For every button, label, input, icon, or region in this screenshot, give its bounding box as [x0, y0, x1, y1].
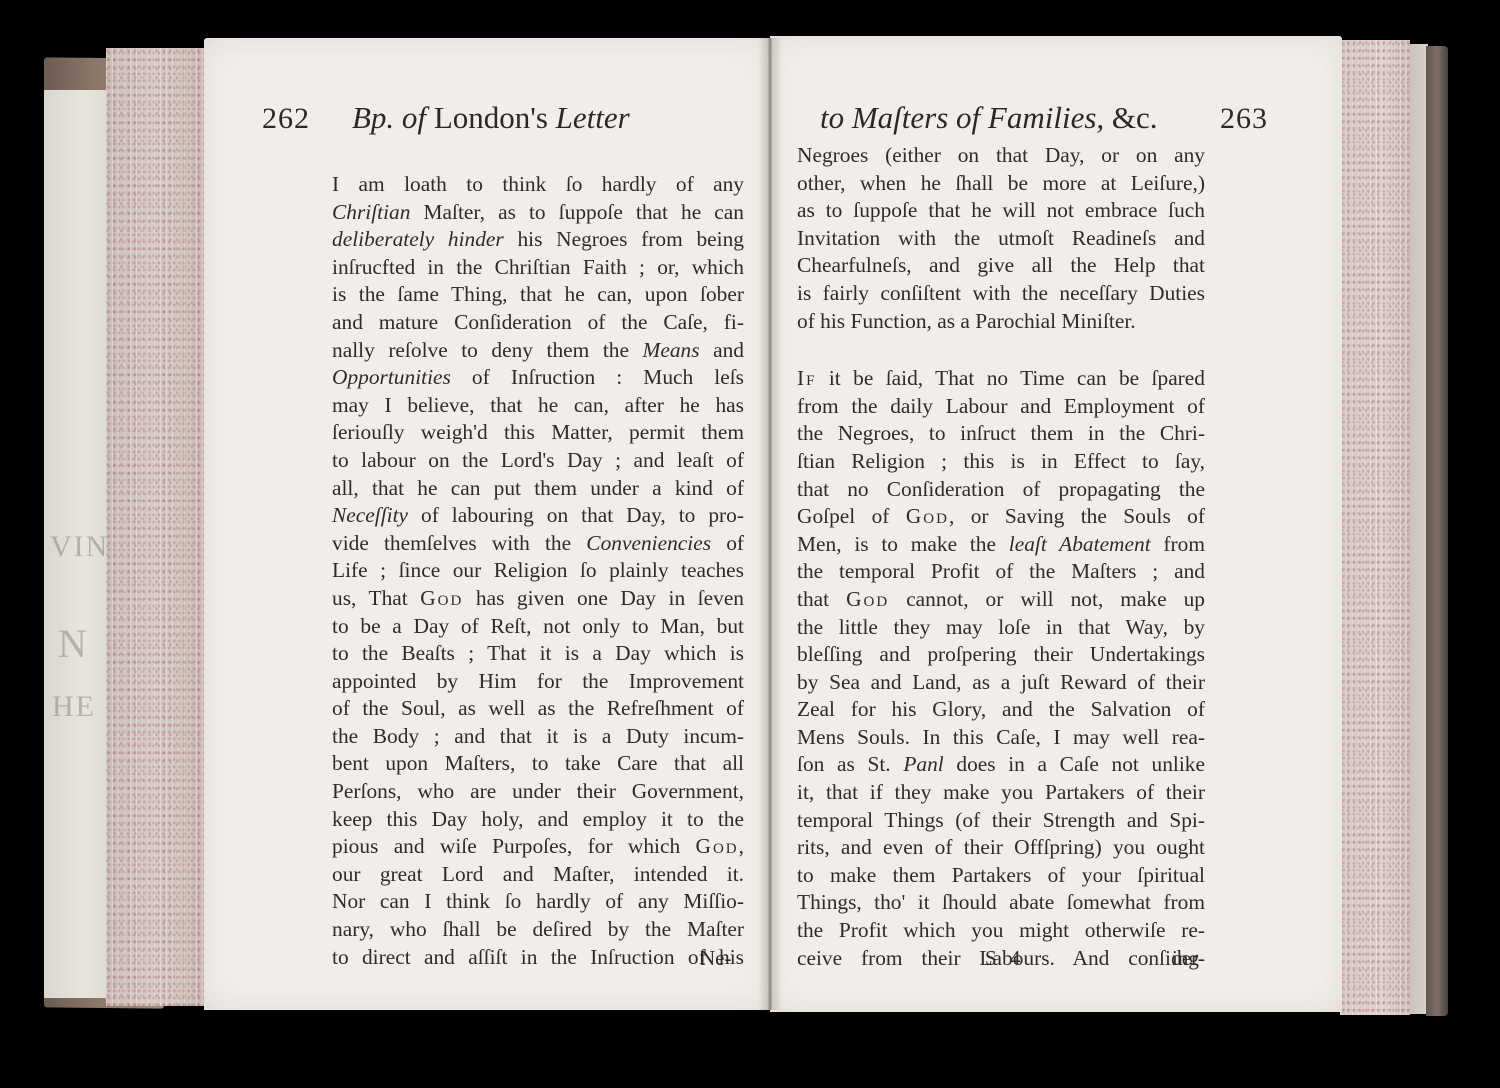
ghost-text: VIN [50, 530, 109, 564]
text-line: Zeal for his Glory, and the Salvation of [797, 696, 1205, 724]
text-line: Men, is to make the leaſt Abatement from [797, 531, 1205, 559]
left-page-block-edge [106, 48, 206, 1006]
text-line: bent upon Maſters, to take Care that all [332, 750, 744, 778]
text-segment: it be ſaid, That no Time can be ſpared [816, 366, 1205, 390]
text-line: keep this Day holy, and employ it to the [332, 806, 744, 834]
text-segment: ſon as St. [797, 752, 903, 776]
small-caps-text: If [797, 366, 816, 390]
text-segment: pious and wiſe Purpoſes, for which [332, 834, 696, 858]
running-head-part: to Maſters of Families, [820, 100, 1112, 135]
text-segment: nally reſolve to deny them the [332, 338, 643, 362]
text-segment: us, That [332, 586, 420, 610]
catchword-left: Ne- [700, 946, 731, 971]
running-head-left: Bp. of London's Letter [352, 100, 630, 136]
text-line: nary, who ſhall be deſired by the Maſter [332, 916, 744, 944]
text-line: Opportunities of Inſruction : Much leſs [332, 364, 744, 392]
ghost-text: HE [52, 690, 96, 724]
text-line: rits, and even of their Offſpring) you o… [797, 834, 1205, 862]
text-line: to be a Day of Reſt, not only to Man, bu… [332, 613, 744, 641]
italic-text: Neceſſity [332, 503, 408, 527]
right-page-block-edge [1340, 40, 1410, 1015]
text-segment: has given one Day in ſeven [463, 586, 744, 610]
text-segment: of [711, 531, 744, 555]
small-caps-text: God [420, 586, 463, 610]
text-segment: of labouring on that Day, to pro- [408, 503, 744, 527]
paragraph-gap [797, 335, 1205, 365]
text-line: it, that if they make you Partakers of t… [797, 779, 1205, 807]
text-line: from the daily Labour and Employment of [797, 393, 1205, 421]
italic-text: deliberately hinder [332, 227, 504, 251]
text-line: If it be ſaid, That no Time can be ſpare… [797, 365, 1205, 393]
page-number-left: 262 [262, 102, 310, 136]
text-line: other, when he ſhall be more at Leiſure,… [797, 170, 1205, 198]
text-line: temporal Things (of their Strength and S… [797, 807, 1205, 835]
text-segment: his Negroes from being [504, 227, 744, 251]
running-head-part: &c. [1112, 100, 1158, 135]
text-segment: and [700, 338, 744, 362]
text-line: Nor can I think ſo hardly of any Miſſio- [332, 888, 744, 916]
turned-leaf: VIN N HE [44, 90, 111, 998]
italic-text: Means [643, 338, 700, 362]
text-segment: from [1151, 532, 1205, 556]
text-line: vide themſelves with the Conveniencies o… [332, 530, 744, 558]
page-number-right: 263 [1220, 102, 1268, 136]
small-caps-text: God [846, 587, 889, 611]
text-line: is fairly conſiſtent with the neceſſary … [797, 280, 1205, 308]
text-line: Neceſſity of labouring on that Day, to p… [332, 502, 744, 530]
text-line: the temporal Profit of the Maſters ; and [797, 558, 1205, 586]
text-line: ſeriouſly weigh'd this Matter, permit th… [332, 419, 744, 447]
running-head-part: Bp. of [352, 100, 434, 135]
small-caps-text: God [696, 834, 739, 858]
italic-text: leaſt Abatement [1009, 532, 1151, 556]
right-page-body: Negroes (either on that Day, or on anyot… [797, 142, 1205, 972]
text-segment: does in a Caſe not unlike [944, 752, 1205, 776]
text-line: all, that he can put them under a kind o… [332, 475, 744, 503]
italic-text: Panl [903, 752, 943, 776]
text-line: of the Soul, as well as the Refreſhment … [332, 695, 744, 723]
text-line: Life ; ſince our Religion ſo plainly tea… [332, 557, 744, 585]
italic-text: Chriſtian [332, 200, 410, 224]
text-line: to make them Partakers of your ſpiritual [797, 862, 1205, 890]
text-line: our great Lord and Maſter, intended it. [332, 861, 744, 889]
text-segment: vide themſelves with the [332, 531, 586, 555]
text-line: and mature Conſideration of the Caſe, fi… [332, 309, 744, 337]
text-segment: cannot, or will not, make up [889, 587, 1205, 611]
text-line: Negroes (either on that Day, or on any [797, 142, 1205, 170]
text-line: Mens Souls. In this Caſe, I may well rea… [797, 724, 1205, 752]
text-line: ſon as St. Panl does in a Caſe not unlik… [797, 751, 1205, 779]
text-line: nally reſolve to deny them the Means and [332, 337, 744, 365]
text-line: the Negroes, to inſruct them in the Chri… [797, 420, 1205, 448]
text-line: Chearfulneſs, and give all the Help that [797, 252, 1205, 280]
text-segment: Maſter, as to ſuppoſe that he can [410, 200, 744, 224]
text-line: the little they may loſe in that Way, by [797, 614, 1205, 642]
text-line: to direct and aſſiſt in the Inſruction o… [332, 944, 744, 972]
text-line: the Profit which you might otherwiſe re- [797, 917, 1205, 945]
text-line: Things, tho' it ſhould abate ſomewhat fr… [797, 889, 1205, 917]
text-segment: Goſpel of [797, 504, 906, 528]
right-cover-board [1426, 46, 1448, 1016]
text-line: as to ſuppoſe that he will not embrace ſ… [797, 197, 1205, 225]
text-segment: Men, is to make the [797, 532, 1009, 556]
text-line: that God cannot, or will not, make up [797, 586, 1205, 614]
text-line: Invitation with the utmoſt Readineſs and [797, 225, 1205, 253]
running-head-right: to Maſters of Families, &c. [820, 100, 1158, 136]
text-line: the Body ; and that it is a Duty incum- [332, 723, 744, 751]
text-line: may I believe, that he can, after he has [332, 392, 744, 420]
italic-text: Opportunities [332, 365, 451, 389]
italic-text: Conveniencies [586, 531, 711, 555]
small-caps-text: God [906, 504, 949, 528]
book-spread-photo: VIN N HE 262 Bp. of London's Letter to M… [0, 0, 1500, 1088]
text-line: appointed by Him for the Improvement [332, 668, 744, 696]
text-line: inſrucfted in the Chriſtian Faith ; or, … [332, 254, 744, 282]
text-line: Perſons, who are under their Government, [332, 778, 744, 806]
text-line: Chriſtian Maſter, as to ſuppoſe that he … [332, 199, 744, 227]
text-line: us, That God has given one Day in ſeven [332, 585, 744, 613]
running-head-part: Letter [548, 100, 630, 135]
text-line: ſtian Religion ; this is in Effect to ſa… [797, 448, 1205, 476]
text-line: that no Conſideration of propagating the [797, 476, 1205, 504]
text-line: by Sea and Land, as a juſt Reward of the… [797, 669, 1205, 697]
text-line: Goſpel of God, or Saving the Souls of [797, 503, 1205, 531]
catchword-right: ing [1172, 946, 1199, 971]
text-line: bleſſing and proſpering their Undertakin… [797, 641, 1205, 669]
text-line: to labour on the Lord's Day ; and leaſt … [332, 447, 744, 475]
text-segment: of Inſruction : Much leſs [451, 365, 744, 389]
signature-mark: S 4 [985, 946, 1024, 971]
running-head-part: London's [434, 100, 548, 135]
text-segment: that [797, 587, 846, 611]
text-line: of his Function, as a Parochial Miniſter… [797, 308, 1205, 336]
text-line: to the Beaſts ; That it is a Day which i… [332, 640, 744, 668]
text-line: is the ſame Thing, that he can, upon ſob… [332, 281, 744, 309]
text-segment: , or Saving the Souls of [949, 504, 1205, 528]
ghost-text: N [58, 620, 89, 667]
text-line: deliberately hinder his Negroes from bei… [332, 226, 744, 254]
text-line: I am loath to think ſo hardly of any [332, 171, 744, 199]
gutter [758, 38, 782, 1010]
text-segment: , [739, 834, 744, 858]
left-page-body: I am loath to think ſo hardly of anyChri… [332, 171, 744, 971]
text-line: pious and wiſe Purpoſes, for which God, [332, 833, 744, 861]
